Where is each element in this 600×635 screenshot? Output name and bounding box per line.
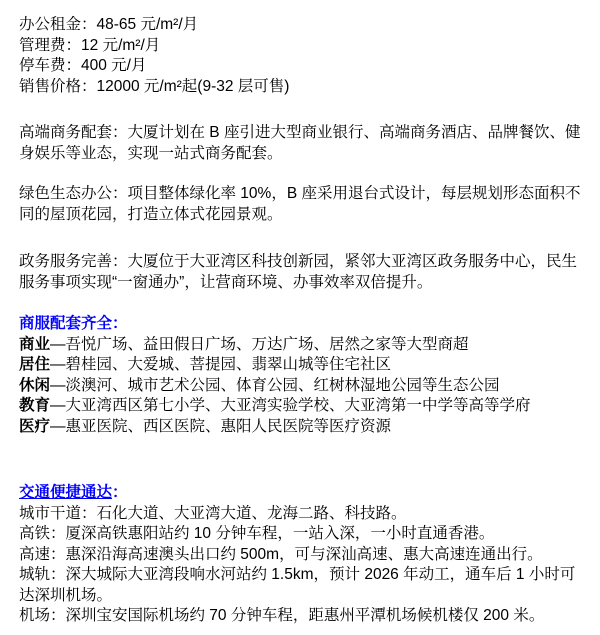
amenity-item-medical: 医疗—惠亚医院、西区医院、惠阳人民医院等医疗资源 bbox=[19, 417, 583, 438]
feature-paragraph-business: 高端商务配套：大厦计划在 B 座引进大型商业银行、高端商务酒店、品牌餐饮、健身娱… bbox=[19, 123, 583, 164]
pricing-line-management-fee: 管理费：12 元/m²/月 bbox=[19, 36, 583, 57]
pricing-label: 销售价格： bbox=[19, 78, 97, 95]
amenity-label: 医疗 bbox=[19, 418, 50, 435]
amenity-text: —大亚湾西区第七小学、大亚湾实验学校、大亚湾第一中学等高等学府 bbox=[50, 397, 531, 414]
amenities-heading: 商服配套齐全： bbox=[19, 314, 583, 335]
transport-item-expressway: 高速：惠深沿海高速澳头出口约 500m，可与深汕高速、惠大高速连通出行。 bbox=[19, 545, 583, 566]
pricing-value: 12 元/m²/月 bbox=[81, 37, 160, 54]
pricing-value: 12000 元/m²起(9-32 层可售) bbox=[97, 78, 290, 95]
transport-section: 交通便捷通达： 城市干道：石化大道、大亚湾大道、龙海二路、科技路。 高铁：厦深高… bbox=[19, 483, 583, 627]
amenity-item-residence: 居住—碧桂园、大爱城、菩提园、翡翠山城等住宅社区 bbox=[19, 355, 583, 376]
pricing-line-parking-fee: 停车费：400 元/月 bbox=[19, 56, 583, 77]
pricing-line-sale-price: 销售价格：12000 元/m²起(9-32 层可售) bbox=[19, 77, 583, 98]
feature-paragraph-green: 绿色生态办公：项目整体绿化率 10%，B 座采用退台式设计，每层规划形态面积不同… bbox=[19, 184, 583, 225]
transport-item-intercity-rail: 城轨：深大城际大亚湾段响水河站约 1.5km，预计 2026 年动工，通车后 1… bbox=[19, 565, 583, 606]
pricing-line-office-rent: 办公租金：48-65 元/m²/月 bbox=[19, 15, 583, 36]
pricing-label: 办公租金： bbox=[19, 16, 97, 33]
transport-heading-colon: ： bbox=[112, 484, 128, 501]
transport-heading: 交通便捷通达： bbox=[19, 483, 583, 504]
amenity-label: 休闲 bbox=[19, 377, 50, 394]
amenity-text: —吾悦广场、益田假日广场、万达广场、居然之家等大型商超 bbox=[50, 336, 469, 353]
amenity-label: 教育 bbox=[19, 397, 50, 414]
amenity-text: —淡澳河、城市艺术公园、体育公园、红树林湿地公园等生态公园 bbox=[50, 377, 500, 394]
amenity-text: —碧桂园、大爱城、菩提园、翡翠山城等住宅社区 bbox=[50, 356, 391, 373]
document: 办公租金：48-65 元/m²/月 管理费：12 元/m²/月 停车费：400 … bbox=[0, 0, 600, 627]
amenity-text: —惠亚医院、西区医院、惠阳人民医院等医疗资源 bbox=[50, 418, 391, 435]
pricing-value: 400 元/月 bbox=[81, 57, 146, 74]
amenity-item-leisure: 休闲—淡澳河、城市艺术公园、体育公园、红树林湿地公园等生态公园 bbox=[19, 376, 583, 397]
amenity-item-education: 教育—大亚湾西区第七小学、大亚湾实验学校、大亚湾第一中学等高等学府 bbox=[19, 396, 583, 417]
transport-heading-text: 交通便捷通达 bbox=[19, 484, 112, 501]
transport-item-arterial-roads: 城市干道：石化大道、大亚湾大道、龙海二路、科技路。 bbox=[19, 504, 583, 525]
pricing-value: 48-65 元/m²/月 bbox=[97, 16, 199, 33]
amenities-section: 商服配套齐全： 商业—吾悦广场、益田假日广场、万达广场、居然之家等大型商超 居住… bbox=[19, 314, 583, 437]
transport-item-high-speed-rail: 高铁：厦深高铁惠阳站约 10 分钟车程，一站入深，一小时直通香港。 bbox=[19, 524, 583, 545]
transport-item-airport: 机场：深圳宝安国际机场约 70 分钟车程，距惠州平潭机场候机楼仅 200 米。 bbox=[19, 606, 583, 627]
amenity-label: 居住 bbox=[19, 356, 50, 373]
feature-paragraph-government: 政务服务完善：大厦位于大亚湾区科技创新园，紧邻大亚湾区政务服务中心，民生服务事项… bbox=[19, 252, 583, 293]
pricing-label: 停车费： bbox=[19, 57, 81, 74]
amenity-item-commerce: 商业—吾悦广场、益田假日广场、万达广场、居然之家等大型商超 bbox=[19, 335, 583, 356]
pricing-block: 办公租金：48-65 元/m²/月 管理费：12 元/m²/月 停车费：400 … bbox=[19, 15, 583, 97]
pricing-label: 管理费： bbox=[19, 37, 81, 54]
amenity-label: 商业 bbox=[19, 336, 50, 353]
